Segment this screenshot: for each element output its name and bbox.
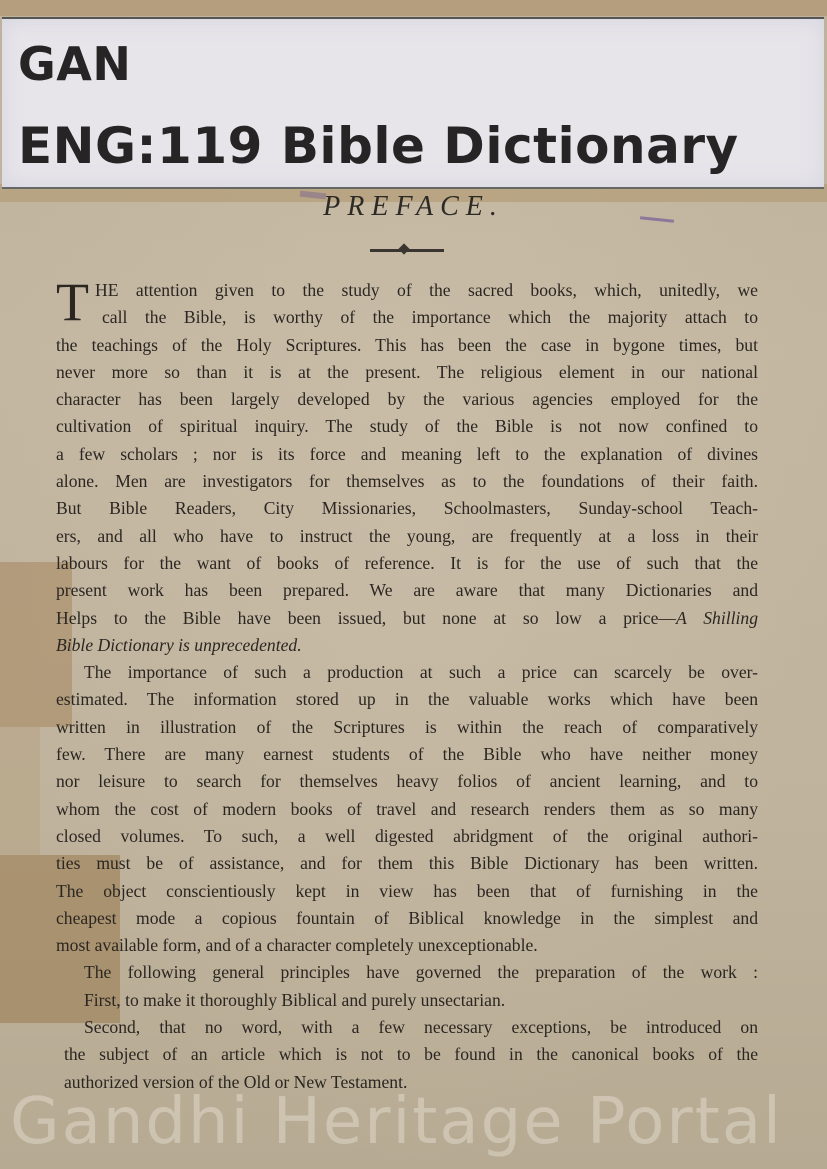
text-line: whom the cost of modern books of travel … xyxy=(56,796,758,823)
text-line: alone. Men are investigators for themsel… xyxy=(56,468,758,495)
text-line: Helps to the Bible have been issued, but… xyxy=(56,605,758,632)
text-line: cheapest mode a copious fountain of Bibl… xyxy=(56,905,758,932)
catalog-label: GAN ENG:119 Bible Dictionary xyxy=(2,17,824,189)
text-line-italic: Bible Dictionary is unprecedented. xyxy=(56,632,758,659)
drop-cap: T xyxy=(56,280,89,324)
text-line: written in illustration of the Scripture… xyxy=(56,714,758,741)
tape-stain xyxy=(0,727,40,855)
text-line: call the Bible, is worthy of the importa… xyxy=(56,304,758,331)
text-line: nor leisure to search for themselves hea… xyxy=(56,768,758,795)
ornament-divider xyxy=(370,249,444,252)
paragraph-2: The importance of such a production at s… xyxy=(56,659,758,959)
text-line: labours for the want of books of referen… xyxy=(56,550,758,577)
label-catalog-title: ENG:119 Bible Dictionary xyxy=(18,117,739,175)
text-line: HE attention given to the study of the s… xyxy=(56,277,758,304)
preface-body: T HE attention given to the study of the… xyxy=(56,277,758,1096)
paragraph-1: T HE attention given to the study of the… xyxy=(56,277,758,659)
text-line: ties must be of assistance, and for them… xyxy=(56,850,758,877)
paragraph-3: The following general principles have go… xyxy=(56,959,758,1095)
italic-fragment: A Shilling xyxy=(676,608,758,628)
page-heading: PREFACE. xyxy=(0,191,827,223)
text-line: ers, and all who have to instruct the yo… xyxy=(56,523,758,550)
text-line: most available form, and of a character … xyxy=(56,932,758,959)
text-line: The importance of such a production at s… xyxy=(56,659,758,686)
text-line: the teachings of the Holy Scriptures. Th… xyxy=(56,332,758,359)
text-line: the subject of an article which is not t… xyxy=(56,1041,758,1068)
text-line: a few scholars ; nor is its force and me… xyxy=(56,441,758,468)
text-line: few. There are many earnest students of … xyxy=(56,741,758,768)
text-line: cultivation of spiritual inquiry. The st… xyxy=(56,413,758,440)
text-line: character has been largely developed by … xyxy=(56,386,758,413)
text-line: First, to make it thoroughly Biblical an… xyxy=(56,987,758,1014)
text-line: closed volumes. To such, a well digested… xyxy=(56,823,758,850)
text-line: The object conscientiously kept in view … xyxy=(56,878,758,905)
text-line: never more so than it is at the present.… xyxy=(56,359,758,386)
text-line: estimated. The information stored up in … xyxy=(56,686,758,713)
text-fragment: Helps to the Bible have been issued, but… xyxy=(56,608,676,628)
text-line: The following general principles have go… xyxy=(56,959,758,986)
text-line: Second, that no word, with a few necessa… xyxy=(56,1014,758,1041)
text-line: present work has been prepared. We are a… xyxy=(56,577,758,604)
top-paper-edge xyxy=(0,0,827,16)
watermark: Gandhi Heritage Portal xyxy=(10,1085,820,1159)
scanned-page: GAN ENG:119 Bible Dictionary PREFACE. T … xyxy=(0,0,827,1169)
text-line: But Bible Readers, City Missionaries, Sc… xyxy=(56,495,758,522)
label-collection-code: GAN xyxy=(18,37,131,91)
